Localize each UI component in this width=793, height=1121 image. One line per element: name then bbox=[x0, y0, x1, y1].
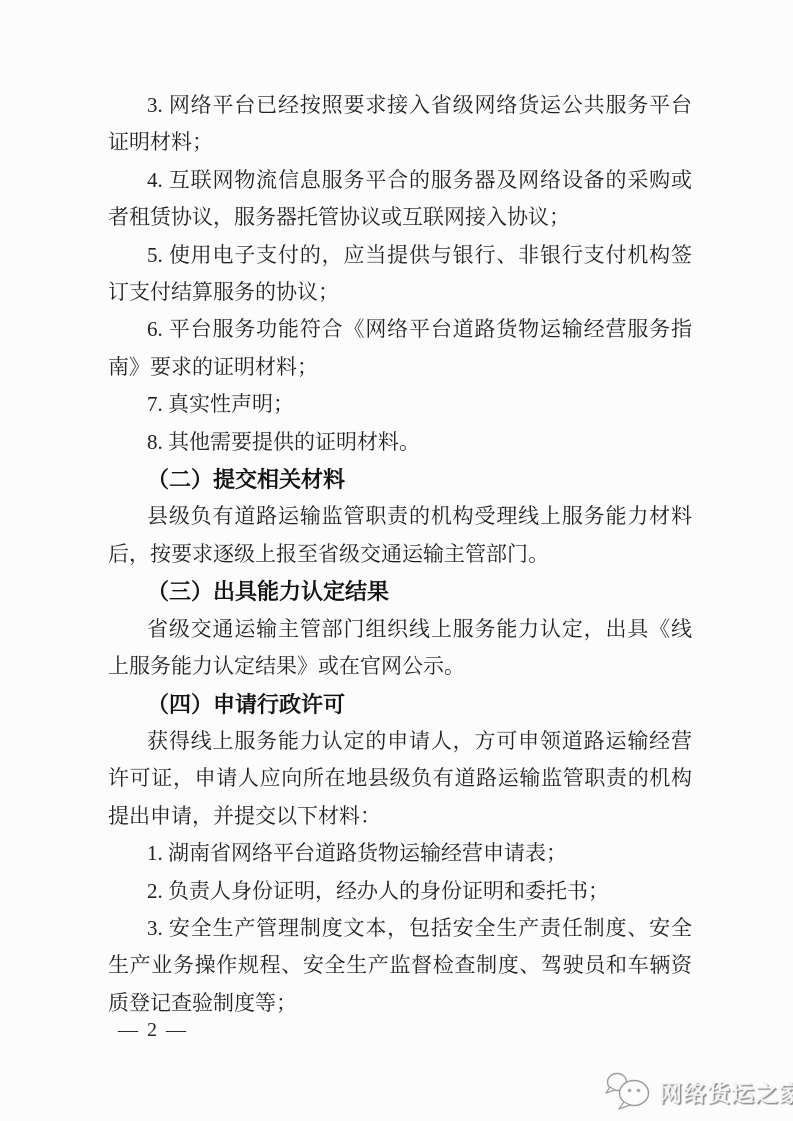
wechat-chat-bubbles-icon bbox=[604, 1069, 652, 1113]
paragraph: 省级交通运输主管部门组织线上服务能力认定，出具《线上服务能力认定结果》或在官网公… bbox=[108, 611, 692, 686]
list-item: 5. 使用电子支付的，应当提供与银行、非银行支付机构签订支付结算服务的协议； bbox=[108, 237, 692, 312]
document-page: 3. 网络平台已经按照要求接入省级网络货运公共服务平台证明材料； 4. 互联网物… bbox=[0, 0, 793, 1121]
list-item: 6. 平台服务功能符合《网络平台道路货物运输经营服务指南》要求的证明材料； bbox=[108, 311, 692, 386]
section-heading: （三）出具能力认定结果 bbox=[108, 573, 692, 610]
list-item: 2. 负责人身份证明，经办人的身份证明和委托书； bbox=[108, 873, 692, 910]
page-number: — 2 — bbox=[118, 1019, 188, 1042]
list-item: 3. 安全生产管理制度文本，包括安全生产责任制度、安全生产业务操作规程、安全生产… bbox=[108, 910, 692, 1022]
list-item: 8. 其他需要提供的证明材料。 bbox=[108, 424, 692, 461]
section-heading: （四）申请行政许可 bbox=[108, 686, 692, 723]
list-item: 7. 真实性声明； bbox=[108, 386, 692, 423]
list-item: 1. 湖南省网络平台道路货物运输经营申请表； bbox=[108, 835, 692, 872]
list-item: 3. 网络平台已经按照要求接入省级网络货运公共服务平台证明材料； bbox=[108, 87, 692, 162]
watermark-label: 网络货运之家 bbox=[659, 1075, 793, 1108]
paragraph: 获得线上服务能力认定的申请人，方可申领道路运输经营许可证，申请人应向所在地县级负… bbox=[108, 723, 692, 835]
section-heading: （二）提交相关材料 bbox=[108, 461, 692, 498]
document-body: 3. 网络平台已经按照要求接入省级网络货运公共服务平台证明材料； 4. 互联网物… bbox=[108, 87, 692, 1022]
list-item: 4. 互联网物流信息服务平合的服务器及网络设备的采购或者租赁协议，服务器托管协议… bbox=[108, 162, 692, 237]
watermark-badge: 网络货运之家 bbox=[604, 1068, 793, 1114]
paragraph: 县级负有道路运输监管职责的机构受理线上服务能力材料后，按要求逐级上报至省级交通运… bbox=[108, 498, 692, 573]
